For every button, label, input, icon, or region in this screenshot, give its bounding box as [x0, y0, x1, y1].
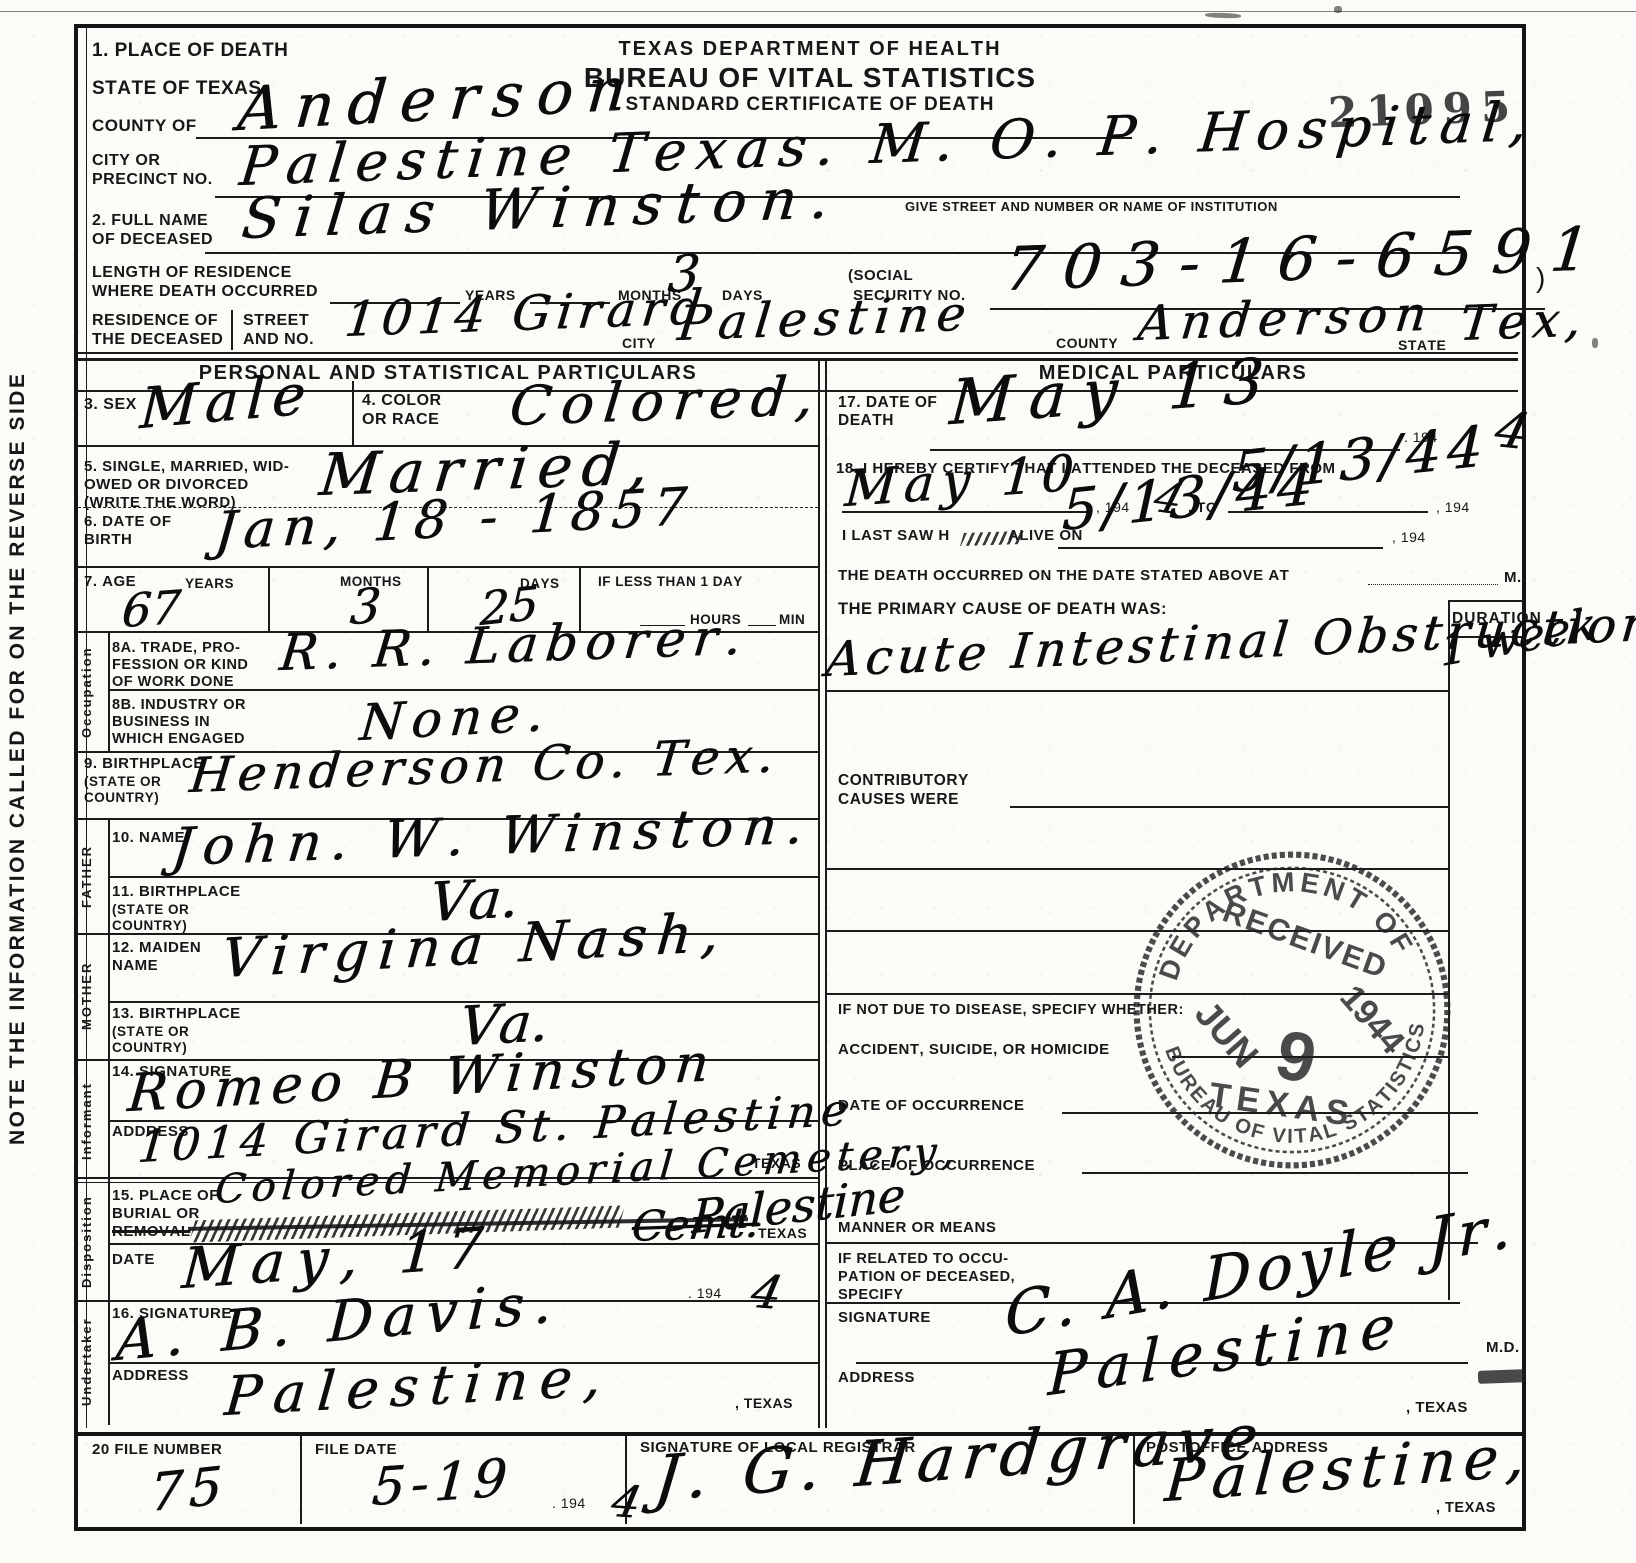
industry-label: 8B. INDUSTRY OR — [112, 697, 246, 713]
physician-signature-label: SIGNATURE — [838, 1310, 931, 1327]
physician-address-suffix: , TEXAS — [1406, 1400, 1468, 1417]
rule — [78, 566, 818, 568]
place-occurrence-label: PLACE OF OCCURRENCE — [838, 1158, 1035, 1175]
industry-label2: BUSINESS IN — [112, 714, 210, 730]
mother-bp-label3: COUNTRY) — [112, 1040, 187, 1055]
sex-label: 3. SEX — [84, 396, 137, 414]
burial-label3-struck: REMOVAL — [112, 1224, 191, 1241]
death-occurred-m: M. — [1504, 570, 1522, 587]
physician-md-label: M.D. — [1486, 1340, 1520, 1357]
residence-label2: THE DECEASED — [92, 331, 223, 349]
date-of-death-label2: DEATH — [838, 412, 894, 429]
undertaker-vertical-label: Undertaker — [80, 1306, 106, 1418]
date-occurrence-label: DATE OF OCCURRENCE — [838, 1098, 1025, 1115]
rule — [842, 511, 1092, 513]
scan-noise — [1334, 6, 1342, 13]
sex-handwriting: Male — [139, 367, 315, 439]
disposition-vertical-label: Disposition — [80, 1188, 106, 1296]
lastsaw-label: I LAST SAW H — [842, 528, 950, 545]
street-label: STREET — [243, 312, 309, 330]
residence-length-label: LENGTH OF RESIDENCE — [92, 264, 292, 282]
fullname-label: 2. FULL NAME — [92, 212, 208, 230]
contributory-label2: CAUSES WERE — [838, 791, 959, 808]
primary-cause-label: THE PRIMARY CAUSE OF DEATH WAS: — [838, 600, 1167, 618]
father-bp-label2: (STATE OR — [112, 902, 189, 917]
job-label3: OF WORK DONE — [112, 674, 234, 690]
age-years-label: YEARS — [185, 576, 234, 591]
divider — [231, 310, 233, 350]
certify-year2-printed: , 194 — [1436, 500, 1470, 516]
occupation-vertical-label: Occupation — [80, 636, 106, 748]
job-label: 8A. TRADE, PRO- — [112, 640, 240, 656]
state-of-texas-label: STATE OF TEXAS — [92, 78, 262, 99]
place-of-death-label: 1. PLACE OF DEATH — [92, 40, 288, 61]
divider — [108, 631, 110, 751]
ssn-label: (SOCIAL — [848, 268, 913, 285]
city-label2: PRECINCT NO. — [92, 171, 213, 189]
rule — [78, 352, 1518, 354]
struck-word-blot — [1478, 1369, 1526, 1384]
color-handwriting: Colored, — [507, 369, 826, 434]
postoffice-suffix: , TEXAS — [1436, 1500, 1496, 1516]
informant-vertical-label: Informant — [80, 1066, 106, 1176]
birthplace-label2: (STATE OR — [84, 774, 161, 789]
color-label: 4. COLOR — [362, 392, 442, 410]
undertaker-address-label: ADDRESS — [112, 1368, 189, 1385]
physician-address-label: ADDRESS — [838, 1370, 915, 1387]
county2-handwriting: Anderson — [1135, 290, 1436, 349]
institution-note: GIVE STREET AND NUMBER OR NAME OF INSTIT… — [905, 200, 1278, 215]
age-years-handwriting: 67 — [120, 584, 182, 634]
rule — [1010, 806, 1448, 808]
mother-bp-label: 13. BIRTHPLACE — [112, 1006, 241, 1023]
file-number-handwriting: 75 — [149, 1460, 229, 1521]
divider — [268, 566, 270, 631]
stamp-month-text: JUN — [1187, 993, 1266, 1075]
related-label: IF RELATED TO OCCU- — [838, 1251, 1009, 1267]
father-vertical-label: FATHER — [80, 822, 106, 930]
death-certificate-scan: NOTE THE INFORMATION CALLED FOR ON THE R… — [0, 0, 1636, 1563]
ssn-close-paren: ) — [1536, 262, 1546, 293]
city2-handwriting: Palestine — [675, 290, 975, 349]
divider — [352, 381, 354, 445]
file-date-handwriting: 5-19 — [370, 1452, 514, 1514]
burial-label2: BURIAL OR — [112, 1206, 200, 1223]
scan-noise — [1205, 12, 1241, 18]
rule — [1058, 547, 1383, 549]
job-label2: FESSION OR KIND — [112, 657, 248, 673]
related-label3: SPECIFY — [838, 1287, 904, 1303]
residence-length-label2: WHERE DEATH OCCURRED — [92, 283, 318, 301]
county-label: COUNTY OF — [92, 116, 197, 135]
color-label2: OR RACE — [362, 411, 439, 429]
contributory-label: CONTRIBUTORY — [838, 772, 969, 789]
marital-label3: (WRITE THE WORD) — [84, 495, 236, 512]
state2-handwriting: Tex, — [1457, 295, 1589, 348]
rule — [78, 358, 1518, 361]
fullname-label2: OF DECEASED — [92, 231, 213, 249]
street-label2: AND NO. — [243, 331, 314, 349]
date-of-death-label: 17. DATE OF — [838, 394, 937, 411]
stamp-received-text: RECEIVED — [1218, 894, 1392, 985]
residence-label: RESIDENCE OF — [92, 312, 218, 330]
birthplace-label: 9. BIRTHPLACE — [84, 756, 204, 773]
county2-label: COUNTY — [1056, 336, 1118, 352]
rule — [748, 625, 776, 626]
burial-suffix: TEXAS — [758, 1226, 807, 1242]
city-label: CITY OR — [92, 152, 160, 170]
rule — [1368, 584, 1498, 585]
burial-date-label: DATE — [112, 1252, 155, 1269]
divider — [300, 1436, 302, 1524]
industry-label3: WHICH ENGAGED — [112, 731, 245, 747]
mother-name-label2: NAME — [112, 958, 158, 975]
father-bp-label: 11. BIRTHPLACE — [112, 884, 241, 901]
accident-label: ACCIDENT, SUICIDE, OR HOMICIDE — [838, 1042, 1110, 1059]
age-less-label: IF LESS THAN 1 DAY — [598, 574, 743, 589]
birthplace-label3: COUNTRY) — [84, 790, 159, 805]
file-number-label: 20 FILE NUMBER — [92, 1442, 222, 1459]
manner-means-label: MANNER OR MEANS — [838, 1220, 996, 1237]
father-bp-label3: COUNTRY) — [112, 918, 187, 933]
marital-label2: OWED OR DIVORCED — [84, 477, 249, 494]
column-divider — [818, 358, 827, 1428]
related-label2: PATION OF DECEASED, — [838, 1269, 1015, 1285]
scan-noise — [1592, 338, 1598, 348]
age-min-label: MIN — [779, 612, 805, 627]
margin-note: NOTE THE INFORMATION CALLED FOR ON THE R… — [6, 268, 68, 1248]
dob-label: 6. DATE OF — [84, 514, 172, 531]
undertaker-address-suffix: , TEXAS — [735, 1396, 793, 1412]
dob-label2: BIRTH — [84, 532, 132, 549]
mother-name-label: 12. MAIDEN — [112, 940, 201, 957]
file-date-year-printed: . 194 — [552, 1496, 586, 1512]
marital-label: 5. SINGLE, MARRIED, WID- — [84, 459, 289, 476]
lastsaw-year-printed: , 194 — [1392, 530, 1426, 546]
burial-label: 15. PLACE OF — [112, 1188, 219, 1205]
rule — [826, 690, 1448, 692]
death-occurred-label: THE DEATH OCCURRED ON THE DATE STATED AB… — [838, 568, 1289, 585]
mother-bp-label2: (STATE OR — [112, 1024, 189, 1039]
mother-vertical-label: MOTHER — [80, 940, 106, 1052]
scan-edge-line — [0, 11, 1636, 12]
city2-label: CITY — [622, 336, 656, 352]
received-stamp: DEPARTMENT OF BUREAU OF VITAL STATISTICS… — [1090, 808, 1494, 1212]
